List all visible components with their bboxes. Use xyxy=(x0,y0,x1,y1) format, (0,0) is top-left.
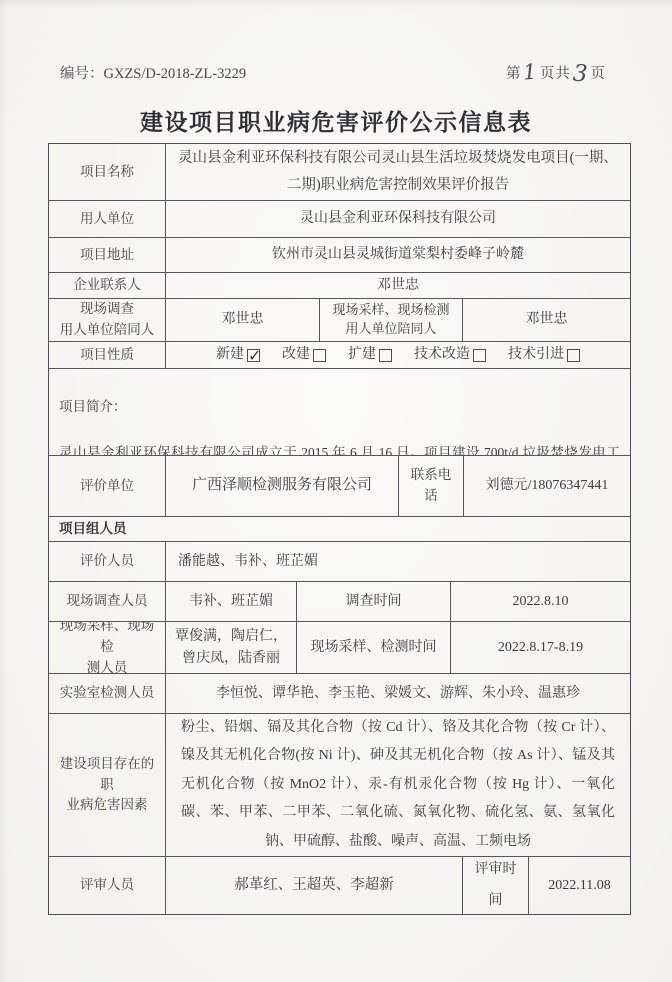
evaluators-label: 评价人员 xyxy=(49,542,166,581)
contact-phone-label: 联系电话 xyxy=(399,456,464,516)
nature-option-tech-import: 技术引进 xyxy=(508,344,580,366)
review-time-value: 2022.11.08 xyxy=(529,857,630,914)
survey-escort-value: 邓世忠 xyxy=(166,299,320,341)
nature-option-new: 新建✓ xyxy=(216,344,260,366)
row-project-intro: 项目简介： 灵山县金利亚环保科技有限公司成立于 2015 年 6 月 16 日。… xyxy=(49,369,630,456)
survey-time-label: 调查时间 xyxy=(297,582,451,621)
page-indicator-prefix: 第 xyxy=(506,66,522,82)
sampling-staff-value: 覃俊满，陶启仁， 曾庆凤，陆香丽 xyxy=(166,622,297,673)
review-staff-value: 郝革红、王超英、李超新 xyxy=(166,857,463,914)
checkbox-empty-icon xyxy=(379,349,392,362)
row-lab-staff: 实验室检测人员 李恒悦、谭华艳、李玉艳、梁媛文、游辉、朱小玲、温惠珍 xyxy=(49,674,630,714)
sampling-time-value: 2022.8.17-8.19 xyxy=(451,622,630,673)
employer-value: 灵山县金利亚环保科技有限公司 xyxy=(166,201,630,237)
lab-staff-value: 李恒悦、谭华艳、李玉艳、梁媛文、游辉、朱小玲、温惠珍 xyxy=(166,674,630,713)
row-site-survey: 现场调查人员 韦补、班芷媚 调查时间 2022.8.10 xyxy=(49,582,630,622)
handwritten-current-page: 1 xyxy=(521,64,541,80)
row-team-header: 项目组人员 xyxy=(49,517,630,542)
row-employer: 用人单位 灵山县金利亚环保科技有限公司 xyxy=(49,201,630,238)
handwritten-total-pages: 3 xyxy=(570,66,590,81)
lab-staff-label: 实验室检测人员 xyxy=(49,674,166,713)
project-name-label: 项目名称 xyxy=(49,144,166,200)
project-nature-label: 项目性质 xyxy=(49,342,166,368)
document-header: 编号：GXZS/D-2018-ZL-3229 第1页共3页 xyxy=(60,62,606,83)
site-survey-value: 韦补、班芷媚 xyxy=(166,582,297,621)
row-evaluators: 评价人员 潘能越、韦补、班芷媚 xyxy=(49,542,630,582)
nature-option-tech-upgrade: 技术改造 xyxy=(414,344,486,366)
review-staff-label: 评审人员 xyxy=(49,857,166,914)
review-time-label: 评审时 间 xyxy=(463,857,529,914)
checkbox-empty-icon xyxy=(567,349,580,362)
evaluator-org-value: 广西泽顺检测服务有限公司 xyxy=(166,456,399,516)
project-nature-options: 新建✓ 改建 扩建 技术改造 技术引进 xyxy=(166,342,630,368)
employer-label: 用人单位 xyxy=(49,201,166,237)
row-review-staff: 评审人员 郝革红、王超英、李超新 评审时 间 2022.11.08 xyxy=(49,857,630,914)
row-sampling-staff: 现场采样、现场检 测人员 覃俊满，陶启仁， 曾庆凤，陆香丽 现场采样、检测时间 … xyxy=(49,622,630,674)
row-company-contact: 企业联系人 邓世忠 xyxy=(49,273,630,299)
page-indicator: 第1页共3页 xyxy=(506,62,606,83)
company-contact-label: 企业联系人 xyxy=(49,273,166,298)
checkbox-empty-icon xyxy=(473,349,486,362)
nature-option-tech-upgrade-label: 技术改造 xyxy=(414,344,470,366)
nature-option-rebuild-label: 改建 xyxy=(282,344,310,366)
hazard-factors-label: 建设项目存在的职 业病危害因素 xyxy=(49,714,166,856)
sampling-time-label: 现场采样、检测时间 xyxy=(297,622,451,673)
row-hazard-factors: 建设项目存在的职 业病危害因素 粉尘、铅烟、镉及其化合物（按 Cd 计）、铬及其… xyxy=(49,714,630,857)
page-indicator-middle: 页共 xyxy=(540,66,571,82)
project-intro-label: 项目简介： xyxy=(59,396,620,418)
project-address-label: 项目地址 xyxy=(49,238,166,272)
checkbox-checked-icon: ✓ xyxy=(247,349,260,362)
contact-phone-value: 刘德元/18076347441 xyxy=(464,456,630,516)
sampling-escort-value: 邓世忠 xyxy=(463,299,630,341)
document-number: 编号：GXZS/D-2018-ZL-3229 xyxy=(60,62,246,83)
nature-option-expand-label: 扩建 xyxy=(348,344,376,366)
row-project-name: 项目名称 灵山县金利亚环保科技有限公司灵山县生活垃圾焚烧发电项目(一期、二期)职… xyxy=(49,144,630,201)
page-indicator-suffix: 页 xyxy=(591,66,607,82)
hazard-factors-value: 粉尘、铅烟、镉及其化合物（按 Cd 计）、铬及其化合物（按 Cr 计）、镍及其无… xyxy=(166,714,630,856)
row-site-escorts: 现场调查 用人单位陪同人 邓世忠 现场采样、现场检测 用人单位陪同人 邓世忠 xyxy=(49,299,630,342)
survey-time-value: 2022.8.10 xyxy=(451,582,630,621)
nature-option-expand: 扩建 xyxy=(348,344,392,366)
hazard-factors-text: 粉尘、铅烟、镉及其化合物（按 Cd 计）、铬及其化合物（按 Cr 计）、镍及其无… xyxy=(172,714,624,856)
project-intro-text: 灵山县金利亚环保科技有限公司成立于 2015 年 6 月 16 日。项目建设 7… xyxy=(59,439,620,455)
document-title: 建设项目职业病危害评价公示信息表 xyxy=(0,104,672,137)
company-contact-value: 邓世忠 xyxy=(166,273,630,298)
project-address-value: 钦州市灵山县灵城街道棠梨村委峰子岭麓 xyxy=(166,238,630,272)
team-section-header: 项目组人员 xyxy=(49,517,630,541)
project-name-value: 灵山县金利亚环保科技有限公司灵山县生活垃圾焚烧发电项目(一期、二期)职业病危害控… xyxy=(166,144,630,200)
check-mark: ✓ xyxy=(248,344,261,369)
project-intro-cell: 项目简介： 灵山县金利亚环保科技有限公司成立于 2015 年 6 月 16 日。… xyxy=(49,369,630,455)
site-survey-label: 现场调查人员 xyxy=(49,582,166,621)
row-evaluator-org: 评价单位 广西泽顺检测服务有限公司 联系电话 刘德元/18076347441 xyxy=(49,456,630,517)
row-project-nature: 项目性质 新建✓ 改建 扩建 技术改造 技术引进 xyxy=(49,342,630,369)
evaluators-value: 潘能越、韦补、班芷媚 xyxy=(166,542,630,581)
nature-option-new-label: 新建 xyxy=(216,344,244,366)
row-project-address: 项目地址 钦州市灵山县灵城街道棠梨村委峰子岭麓 xyxy=(49,238,630,273)
nature-option-tech-import-label: 技术引进 xyxy=(508,344,564,366)
sampling-escort-label: 现场采样、现场检测 用人单位陪同人 xyxy=(320,299,463,341)
evaluator-org-label: 评价单位 xyxy=(49,456,166,516)
sampling-staff-label: 现场采样、现场检 测人员 xyxy=(49,622,166,673)
checkbox-empty-icon xyxy=(313,349,326,362)
nature-option-rebuild: 改建 xyxy=(282,344,326,366)
info-table: 项目名称 灵山县金利亚环保科技有限公司灵山县生活垃圾焚烧发电项目(一期、二期)职… xyxy=(48,143,631,915)
survey-escort-label: 现场调查 用人单位陪同人 xyxy=(49,299,166,341)
scanned-document-page: 编号：GXZS/D-2018-ZL-3229 第1页共3页 建设项目职业病危害评… xyxy=(0,0,672,982)
